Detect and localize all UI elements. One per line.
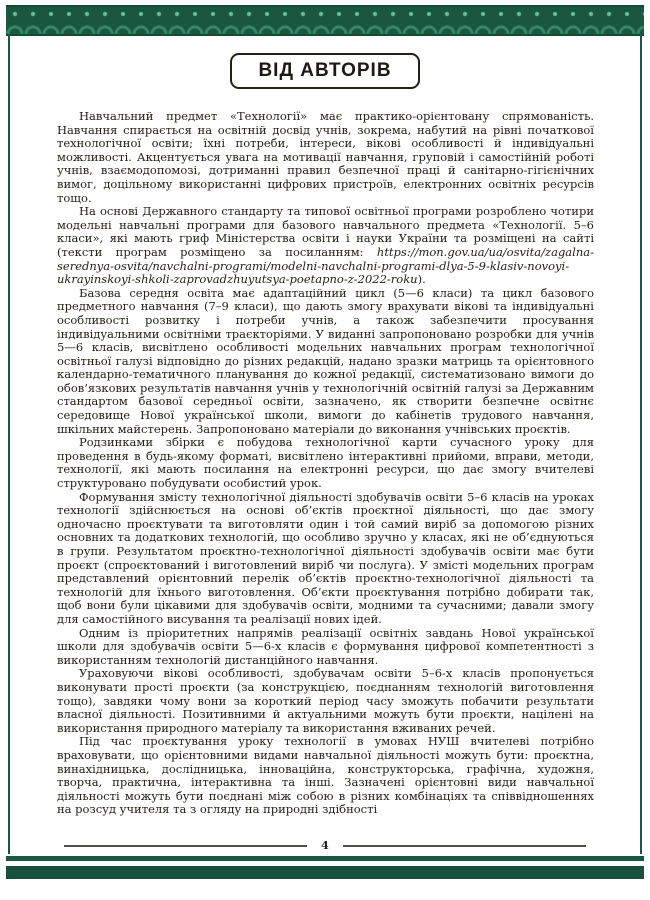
frame-bottom-thick-bar bbox=[6, 866, 644, 879]
section-title-box: ВІД АВТОРІВ bbox=[230, 53, 419, 89]
paragraph: Формування змісту технологічної діяльнос… bbox=[57, 491, 594, 627]
frame-left-rail bbox=[8, 34, 10, 854]
frame-right-rail bbox=[640, 34, 642, 854]
paragraph: Родзинками збірки є побудова технологічн… bbox=[57, 436, 594, 490]
paragraph: Ураховуючи вікові особливості, здобувача… bbox=[57, 667, 594, 735]
paragraph-run: Навчальний предмет «Технології» має прак… bbox=[57, 110, 594, 205]
paragraph-run: Родзинками збірки є побудова технологічн… bbox=[57, 435, 594, 490]
paragraph-run: Ураховуючи вікові особливості, здобувача… bbox=[57, 666, 594, 734]
paragraph: Навчальний предмет «Технології» має прак… bbox=[57, 110, 594, 205]
footer-rule-right bbox=[343, 845, 586, 847]
section-title: ВІД АВТОРІВ bbox=[258, 60, 391, 81]
body-text: Навчальний предмет «Технології» має прак… bbox=[57, 110, 594, 842]
frame-top-ornament bbox=[6, 5, 644, 36]
paragraph-run: Формування змісту технологічної діяльнос… bbox=[57, 490, 594, 626]
paragraph: На основі Державного стандарту та типово… bbox=[57, 205, 594, 287]
paragraph-run: Під час проєктування уроку технології в … bbox=[57, 734, 594, 816]
paragraph: Під час проєктування уроку технології в … bbox=[57, 735, 594, 817]
paragraph-run: Одним із пріоритетних напрямів реалізаці… bbox=[57, 626, 594, 667]
page-footer: 4 bbox=[64, 838, 586, 853]
frame-bottom-thin-bar bbox=[6, 856, 644, 861]
paragraph: Базова середня освіта має адаптаційний ц… bbox=[57, 287, 594, 437]
paragraph: Одним із пріоритетних напрямів реалізаці… bbox=[57, 627, 594, 668]
section-title-wrap: ВІД АВТОРІВ bbox=[0, 53, 650, 89]
paragraph-run: Базова середня освіта має адаптаційний ц… bbox=[57, 286, 594, 436]
footer-rule-left bbox=[64, 845, 307, 847]
book-page: ВІД АВТОРІВ Навчальний предмет «Технолог… bbox=[0, 0, 650, 900]
page-number: 4 bbox=[321, 838, 329, 853]
paragraph-run: ). bbox=[418, 272, 426, 286]
